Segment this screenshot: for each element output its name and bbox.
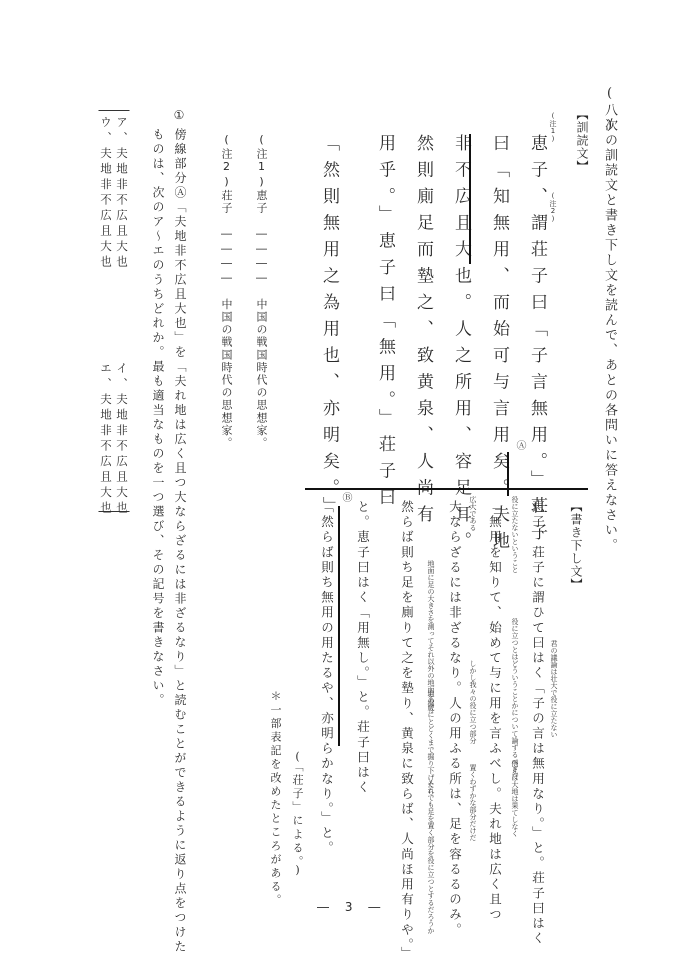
kakikudashi-line-5: と。恵子曰はく「用無し。」と。荘子曰はく <box>356 500 369 796</box>
gloss-5: 広大である <box>468 496 478 531</box>
marker-b: Ⓑ <box>338 492 353 502</box>
kakikudashi-line-3: 大ならざるには非ざるなり。人の用ふる所は、足を容るるのみ。 <box>448 500 461 938</box>
q1-text-line1: 傍線部分Ⓐ「夫地非不広且大也」を「夫れ地は広く且つ大ならざるには非ざるなり」と読… <box>172 128 189 955</box>
kakikudashi-line-1: 恵子、荘子に謂ひて曰はく「子の言は無用なり。」と。荘子曰はく <box>531 500 544 947</box>
footnote: ＊一部表記を改めたところがある。 <box>270 690 281 908</box>
note-1: (注1)恵子 ―――― 中国の戦国時代の思想家。 <box>253 133 269 449</box>
section-divider <box>305 488 588 490</box>
sideline-a-part2 <box>469 134 471 264</box>
question-instruction: 次の訓読文と書き下し文を読んで、あとの各問いに答えなさい。 <box>600 118 619 553</box>
kundoku-heading: 【訓読文】 <box>574 108 591 173</box>
kakikudashi-heading: 【書き下し文】 <box>568 500 585 591</box>
gloss-3: 役に立つとはどういうことかについて論ずるべきだ <box>510 618 520 779</box>
note-marker-2: (注2) <box>548 192 558 223</box>
gloss-6: しかし我々の役に立つ部分 <box>468 660 478 744</box>
kundoku-line-4: 然則廁足而墊之、致黄泉、人尚有 <box>414 134 431 532</box>
page-number: ― 3 ― <box>317 900 386 914</box>
q1-number: ① <box>172 108 186 125</box>
choice-a[interactable]: ア、夫地非不広且大也 <box>114 116 130 271</box>
kundoku-line-2: 曰「知無用、而始可与言用矣。夫地 <box>490 134 507 558</box>
source-citation: (「荘子」による。) <box>292 750 303 879</box>
kundoku-line-5: 用乎。」恵子曰「無用。」荘子曰 <box>376 134 393 515</box>
choice-u[interactable]: ウ、夫地非不広且大也 <box>98 116 114 271</box>
note-2: (注2)荘子 ―――― 中国の戦国時代の思想家。 <box>218 133 234 449</box>
note-marker-1: (注1) <box>548 112 558 143</box>
sideline-b <box>338 506 340 746</box>
kundoku-line-3: 非不広且大也。人之所用、容足耳。 <box>452 134 469 558</box>
marker-a: Ⓐ <box>512 440 527 450</box>
gloss-10: それでも足を置く部分を役に立つとするだろうか <box>426 780 436 934</box>
kundoku-line-6: 「然則無用之為用也、亦明矣。」 <box>320 134 337 523</box>
gloss-4: 例えば大地は果てしなく <box>510 760 520 837</box>
q1-text-line2: ものは、次のア〜エのうちどれか。最も適当なものを一つ選び、その記号を書きなさい。 <box>150 128 167 708</box>
gloss-1: 君の議論は壮大で役に立たない <box>549 640 559 738</box>
kakikudashi-line-6: 「然らば則ち無用の用たるや、亦明らかなり。」と。 <box>320 500 333 856</box>
choice-e[interactable]: エ、夫地非不広且大也 <box>98 362 114 517</box>
kakikudashi-line-4: 然らば則ち足を廁りて之を墊り、黄泉に致らば、人尚ほ用有りや。」 <box>400 500 413 961</box>
gloss-7: 置くわずかな部分だけだ <box>468 764 478 841</box>
kakikudashi-line-2: 「無用を知りて、始めて与に用を言ふべし。夫れ地は広く且つ <box>488 500 501 923</box>
gloss-2: 役に立たないということ <box>510 496 520 573</box>
choice-i[interactable]: イ、夫地非不広且大也 <box>114 362 130 517</box>
